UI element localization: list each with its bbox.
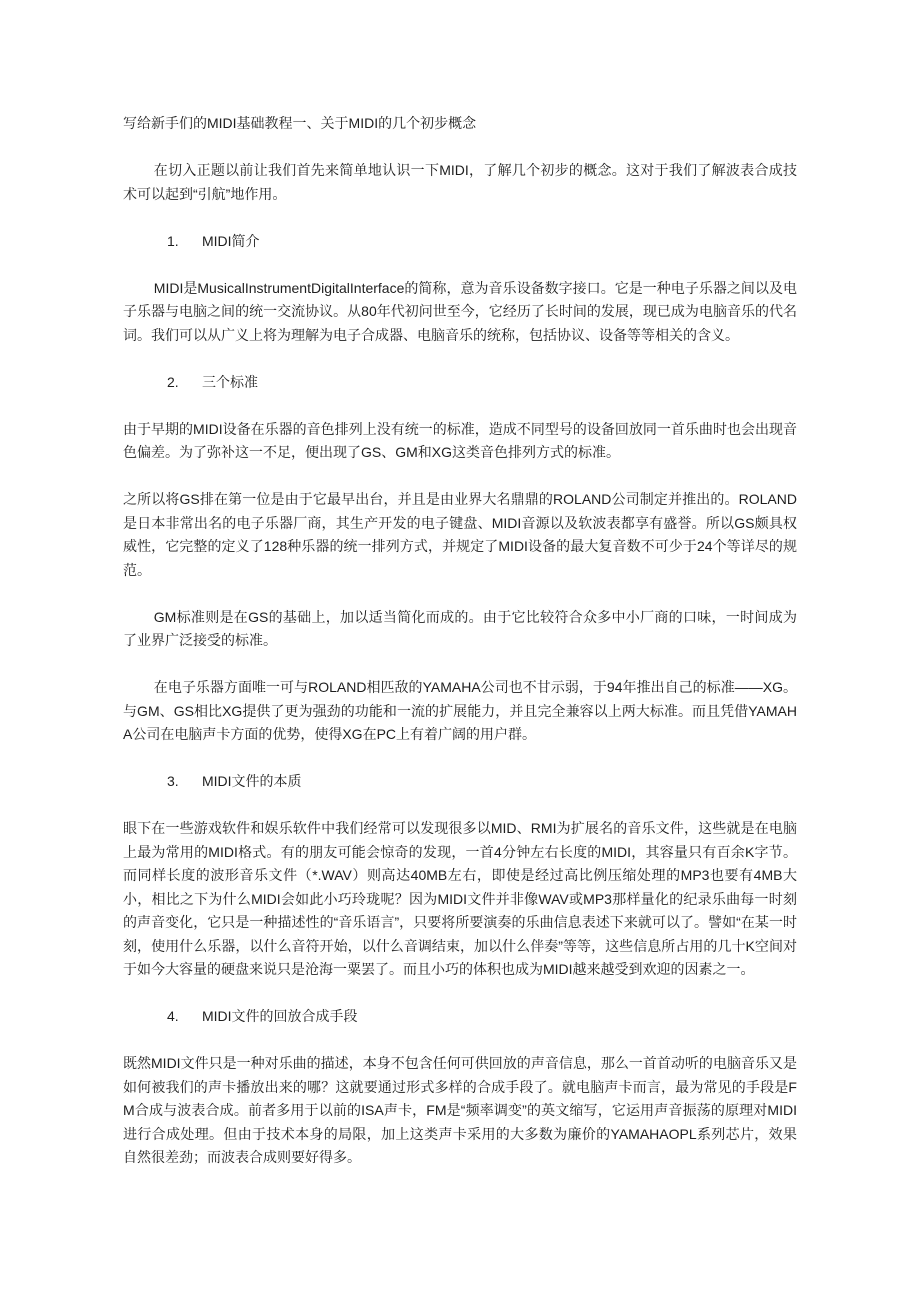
paragraph: 既然MIDI文件只是一种对乐曲的描述，本身不包含任何可供回放的声音信息，那么一首… [123,1052,797,1170]
paragraph: 之所以将GS排在第一位是由于它最早出台，并且是由业界大名鼎鼎的ROLAND公司制… [123,488,797,582]
document-page: 写给新手们的MIDI基础教程一、关于MIDI的几个初步概念 在切入正题以前让我们… [0,0,920,1303]
paragraph: MIDI是MusicalInstrumentDigitalInterface的简… [123,277,797,348]
paragraph: 在电子乐器方面唯一可与ROLAND相匹敌的YAMAHA公司也不甘示弱，于94年推… [123,676,797,747]
section-title: 三个标准 [202,374,258,390]
section-number: 2. [167,371,202,395]
document-blocks: 在切入正题以前让我们首先来简单地认识一下MIDI，了解几个初步的概念。这对于我们… [123,159,797,1170]
section-number: 4. [167,1005,202,1029]
paragraph: 在切入正题以前让我们首先来简单地认识一下MIDI，了解几个初步的概念。这对于我们… [123,159,797,206]
section-number: 3. [167,770,202,794]
paragraph: GM标准则是在GS的基础上，加以适当简化而成的。由于它比较符合众多中小厂商的口味… [123,606,797,653]
section-heading: 2.三个标准 [123,371,797,395]
section-heading: 1.MIDI简介 [123,230,797,254]
section-title: MIDI简介 [202,233,260,249]
section-title: MIDI文件的回放合成手段 [202,1008,358,1024]
section-title: MIDI文件的本质 [202,773,302,789]
section-heading: 3.MIDI文件的本质 [123,770,797,794]
section-heading: 4.MIDI文件的回放合成手段 [123,1005,797,1029]
paragraph: 眼下在一些游戏软件和娱乐软件中我们经常可以发现很多以MID、RMI为扩展名的音乐… [123,817,797,982]
section-number: 1. [167,230,202,254]
paragraph: 由于早期的MIDI设备在乐器的音色排列上没有统一的标准，造成不同型号的设备回放同… [123,418,797,465]
document-title: 写给新手们的MIDI基础教程一、关于MIDI的几个初步概念 [123,112,797,136]
